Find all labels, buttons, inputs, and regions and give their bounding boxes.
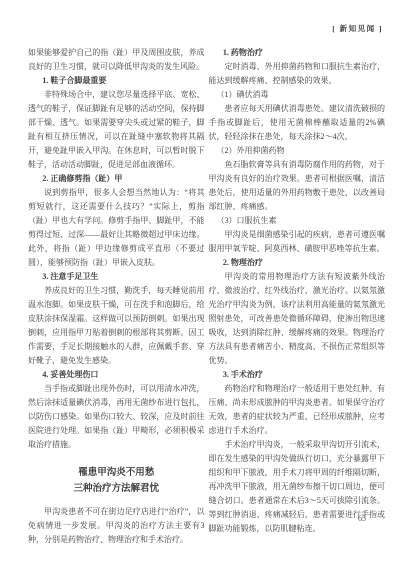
left-column: 如果能够爱护自己的指（趾）甲及周围皮肤，养成良好的卫生习惯，就可以降低甲沟炎的发… [28, 46, 205, 547]
paragraph: 甲沟炎患者不可在街边足疗店进行“治疗”，以免病情进一步发展。甲沟炎的治疗方法主要… [28, 505, 205, 547]
page-number: 65 [358, 514, 366, 523]
paragraph: 当手指或脚趾出现外伤时，可以用清水冲洗，然后涂抹适量碘伏消毒，再用无菌纱布进行包… [28, 382, 205, 452]
section-tag: [ 新知见闻 ] [332, 23, 383, 34]
sub-heading: （3）口服抗生素 [209, 214, 386, 228]
section-heading: 1. 鞋子合脚最重要 [28, 74, 205, 88]
paragraph: 说到剪指甲，很多人会想当然地认为：“将其剪短就行，这还需要什么技巧？”实际上，剪… [28, 186, 205, 270]
paragraph: 甲沟炎的常用物理治疗方法有短波紫外线治疗、微波治疗、红外线治疗、激光治疗。以氦氖… [209, 270, 386, 368]
section-heading: 2. 物理治疗 [209, 256, 386, 270]
magazine-page: [ 新知见闻 ] 如果能够爱护自己的指（趾）甲及周围皮肤，养成良好的卫生习惯，就… [0, 0, 396, 561]
paragraph: 甲沟炎是细菌感染引起的疾病，患者可遵医嘱服用甲氧苄啶、阿莫西林、磺胺甲恶唑等抗生… [209, 228, 386, 256]
article-title: 罹患甲沟炎不用愁三种治疗方法解君忧 [28, 465, 205, 497]
paragraph: 鱼石脂软膏等具有消毒防腐作用的药物，对于甲沟炎有良好的治疗效果。患者可根据医嘱，… [209, 158, 386, 214]
paragraph: 定时消毒、外用抑菌药物和口服抗生素治疗，能达到缓解疼痛、控制感染的效果。 [209, 60, 386, 88]
section-heading: 1. 药物治疗 [209, 46, 386, 60]
paragraph: 非特殊场合中，建议您尽量选择平底、宽松、透气的鞋子，保证脚趾有足够的活动空间，保… [28, 88, 205, 172]
paragraph: 如果能够爱护自己的指（趾）甲及周围皮肤，养成良好的卫生习惯，就可以降低甲沟炎的发… [28, 46, 205, 74]
right-column: 1. 药物治疗定时消毒、外用抑菌药物和口服抗生素治疗，能达到缓解疼痛、控制感染的… [209, 46, 386, 547]
section-heading: 2. 正确修剪指（趾）甲 [28, 172, 205, 186]
sub-heading: （2）外用抑菌药物 [209, 144, 386, 158]
section-heading: 3. 手术治疗 [209, 368, 386, 382]
section-heading: 4. 妥善处理伤口 [28, 368, 205, 382]
article-body: 如果能够爱护自己的指（趾）甲及周围皮肤，养成良好的卫生习惯，就可以降低甲沟炎的发… [28, 46, 385, 547]
section-heading: 3. 注意手足卫生 [28, 270, 205, 284]
paragraph: 患者应每天用碘伏消毒患处。建议清洗破损的手指或脚趾后，使用无菌棉棒蘸取适量的2%… [209, 102, 386, 144]
paragraph: 药物治疗和物理治疗一般适用于患处红肿、有压痛、尚未形成脓肿的甲沟炎患者。如果保守… [209, 382, 386, 438]
sub-heading: （1）碘伏消毒 [209, 88, 386, 102]
paragraph: 养成良好的卫生习惯，勤洗手，每天睡觉前用温水泡脚。如果皮肤干燥，可在洗手和泡脚后… [28, 284, 205, 368]
